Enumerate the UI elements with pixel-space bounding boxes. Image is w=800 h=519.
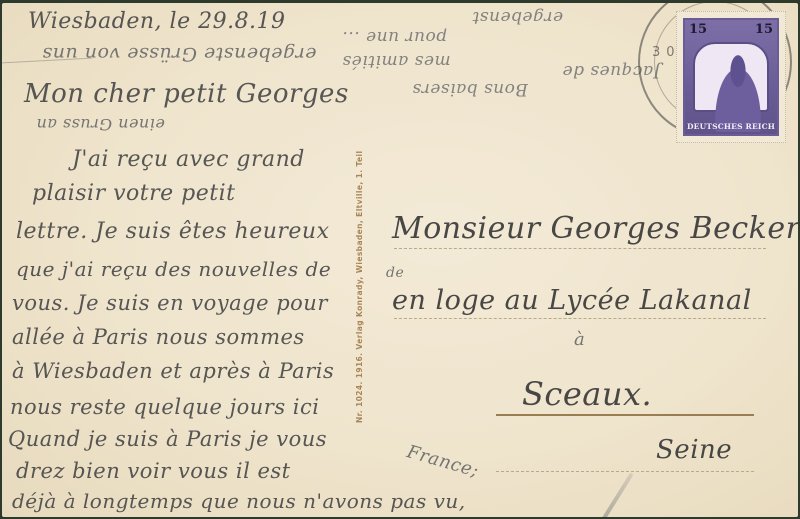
inverted-line: ergebenst: [472, 7, 563, 27]
message-line: vous. Je suis en voyage pour: [12, 291, 328, 315]
message-date-line: Wiesbaden, le 29.8.19: [28, 9, 286, 34]
inverted-line: mes amitiés: [342, 51, 451, 71]
inverted-line: pour une ...: [342, 27, 447, 47]
message-line: plaisir votre petit: [32, 181, 235, 206]
message-line: Quand je suis à Paris je vous: [8, 427, 327, 451]
printer-imprint: Nr. 1024. 1916. Verlag Konrady, Wiesbade…: [355, 151, 364, 423]
stamp-value-left: 15: [689, 22, 707, 37]
inverted-line: einen Gruss an: [36, 115, 165, 134]
message-line: drez bien voir vous il est: [16, 459, 291, 483]
margin-note: France;: [405, 441, 482, 482]
message-line: Mon cher petit Georges: [24, 79, 349, 109]
stamp-value-right: 15: [755, 22, 773, 37]
address-line-1: [394, 248, 766, 249]
address-line-4: [496, 471, 754, 472]
stamp-country: DEUTSCHES REICH: [685, 122, 777, 131]
address-institution: en loge au Lycée Lakanal: [392, 285, 752, 316]
message-line: à Wiesbaden et après à Paris: [12, 359, 334, 383]
address-line-3: [496, 414, 754, 416]
address-line-2: [394, 318, 766, 319]
message-line: nous reste quelque jours ici: [10, 395, 319, 419]
address-department: Seine: [656, 435, 732, 465]
message-line: déjà à longtemps que nous n'avons pas vu…: [12, 489, 466, 513]
message-line: que j'ai reçu des nouvelles de: [16, 257, 331, 281]
message-line: lettre. Je suis êtes heureux: [16, 219, 330, 244]
address-city: Sceaux.: [522, 375, 652, 413]
address-prefix-a: à: [574, 329, 585, 350]
inverted-line: Bons baisers: [412, 79, 528, 99]
message-line: allée à Paris nous sommes: [12, 325, 305, 349]
postage-stamp: 15 15 DEUTSCHES REICH: [676, 11, 786, 143]
stamp-frame: [693, 42, 769, 112]
address-recipient: Monsieur Georges Becker: [392, 211, 798, 246]
inverted-line: ergebenste Grüsse von uns: [42, 43, 317, 65]
pencil-stroke: [598, 472, 633, 517]
germania-portrait-icon: [709, 54, 767, 132]
message-line: J'ai reçu avec grand: [72, 147, 305, 172]
postcard-back: ergebenst pour une ... mes amitiés Bons …: [2, 3, 798, 517]
address-prefix-de: de: [386, 265, 404, 281]
